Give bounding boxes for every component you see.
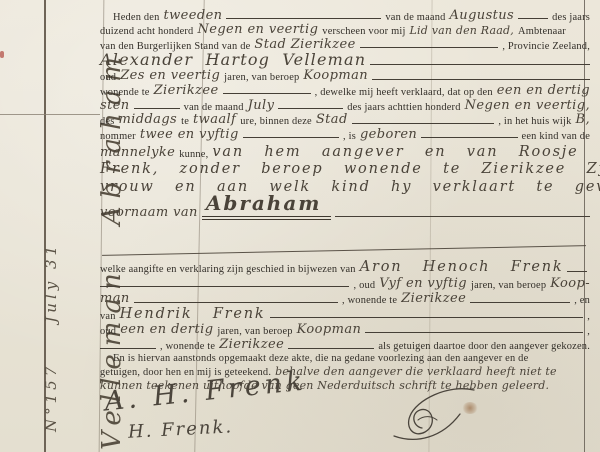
- printed-text: oud: [100, 326, 116, 337]
- official-signature-flourish: [388, 386, 480, 449]
- fill-line: [100, 348, 156, 349]
- printed-text: verscheen voor mij: [322, 26, 405, 37]
- fill-line: [243, 137, 339, 138]
- fill-line: [360, 47, 499, 48]
- handwritten-entry: Zierikzee: [401, 291, 466, 306]
- fill-line: [370, 64, 590, 65]
- form-line: getuigen, door hen en mij is geteekend. …: [100, 364, 590, 378]
- handwritten-entry: Negen en veertig,: [465, 98, 590, 113]
- declaration-paragraph: Heden den tweeden van de maand Augustus …: [100, 8, 590, 220]
- fill-line: [226, 18, 381, 19]
- form-line: wonende te Zierikzee , dewelke mij heeft…: [100, 83, 590, 98]
- act-date: July 31: [42, 242, 60, 323]
- fill-line: [134, 108, 180, 109]
- handwritten-entry: Frenk, zonder beroep wonende te Zierikze…: [100, 161, 600, 177]
- fill-line: [518, 18, 548, 19]
- margin-act-number-vertical: N°157 July 31: [42, 242, 60, 432]
- form-line: Alexander Hartog Velleman: [100, 52, 590, 69]
- printed-text: , wonende te: [342, 295, 397, 306]
- printed-text: van de maand: [385, 12, 445, 23]
- witness2-signature: H. Frenk.: [128, 416, 234, 442]
- printed-text: nommer: [100, 131, 136, 142]
- form-line: oud een en dertig jaren, van beroep Koop…: [100, 322, 590, 337]
- printed-text: jaren, van beroep: [217, 326, 292, 337]
- fill-line: [134, 302, 338, 303]
- printed-text: ,: [587, 311, 590, 322]
- blank-line-strike: [102, 245, 586, 256]
- handwritten-entry: van hem aangever en van Roosje: [212, 144, 578, 160]
- printed-text: welke aangifte en verklaring zijn geschi…: [100, 264, 356, 275]
- handwritten-entry: Koopman: [303, 68, 368, 83]
- handwritten-entry: een en dertig: [120, 322, 213, 337]
- printed-text: En is hiervan aanstonds opgemaakt deze a…: [113, 353, 528, 364]
- handwritten-entry: Stad: [316, 112, 348, 127]
- form-line: sten van de maand July des jaars achttie…: [100, 98, 590, 113]
- handwritten-entry: sten: [100, 98, 130, 113]
- handwritten-entry: Vyf en vyftig: [379, 276, 467, 291]
- printed-text: , dewelke mij heeft verklaard, dat op de…: [315, 87, 493, 98]
- form-line: En is hiervan aanstonds opgemaakt deze a…: [100, 350, 590, 364]
- printed-text: des jaars achttien honderd: [347, 102, 460, 113]
- printed-text: , is: [343, 131, 356, 142]
- form-line: duizend acht honderd Negen en veertig ve…: [100, 23, 590, 38]
- form-line: , oud Vyf en vyftig jaren, van beroep Ko…: [100, 275, 590, 290]
- printed-text: Ambtenaar: [518, 26, 566, 37]
- fill-line: [278, 108, 343, 109]
- act-number: N°157: [42, 363, 60, 432]
- handwritten-entry: geboren: [360, 127, 417, 142]
- handwritten-entry: tweeden: [164, 8, 223, 23]
- handwritten-entry: vrouw en aan welk kind hy verklaart te g…: [100, 179, 600, 195]
- printed-text: oud: [100, 72, 116, 83]
- fill-line: [335, 216, 590, 217]
- handwritten-entry: mannelyke: [100, 145, 175, 160]
- fill-line: [270, 317, 584, 318]
- printed-text: ,: [587, 326, 590, 337]
- fill-line: [100, 286, 349, 287]
- handwritten-entry: Zierikzee: [154, 83, 219, 98]
- form-line: van Hendrik Frenk ,: [100, 306, 590, 321]
- signature-paraph-icon: [388, 386, 480, 444]
- handwritten-entry: Negen en veertig: [197, 22, 318, 37]
- printed-text: , en: [574, 295, 590, 306]
- handwritten-entry: voornaam van: [100, 205, 198, 220]
- handwritten-entry: twee en vyftig: [140, 127, 239, 142]
- fill-line: [372, 79, 590, 80]
- printed-text: wonende te: [100, 87, 150, 98]
- handwritten-entry: Augustus: [450, 8, 515, 23]
- form-line: vrouw en aan welk kind hy verklaart te g…: [100, 177, 590, 195]
- form-line: man , wonende te Zierikzee , en: [100, 291, 590, 306]
- fill-line: [567, 271, 587, 272]
- handwritten-entry: twaalf: [193, 112, 236, 127]
- printed-text: , oud: [353, 280, 375, 291]
- form-line: Frenk, zonder beroep wonende te Zierikze…: [100, 160, 590, 178]
- printed-text: van de maand: [184, 102, 244, 113]
- form-line: Heden den tweeden van de maand Augustus …: [100, 8, 590, 23]
- form-line: oud Zes en veertig jaren, van beroep Koo…: [100, 69, 590, 84]
- form-line: welke aangifte en verklaring zijn geschi…: [100, 260, 590, 275]
- printed-text: , Provincie Zeeland,: [502, 41, 590, 52]
- fill-line: [421, 137, 517, 138]
- printed-text: , in het huis wijk: [498, 116, 571, 127]
- printed-text: ure, binnen deze: [240, 116, 312, 127]
- house-letter-entry: B,: [576, 112, 591, 127]
- fill-line: [223, 93, 311, 94]
- form-line: voornaam van Abraham: [100, 195, 590, 220]
- printed-text: des jaars: [552, 12, 590, 23]
- red-ink-mark: [0, 51, 4, 58]
- handwritten-entry: een en dertig: [497, 83, 590, 98]
- printed-text: Heden den: [113, 12, 160, 23]
- printed-text: duizend acht honderd: [100, 26, 193, 37]
- fill-line: [470, 302, 570, 303]
- form-line: mannelyke kunne, van hem aangever en van…: [100, 142, 590, 160]
- printed-text: des: [100, 116, 114, 127]
- handwritten-entry: Lid van den Raad,: [410, 24, 514, 37]
- handwritten-addendum: behalve den aangever die verklaard heeft…: [275, 365, 557, 378]
- scanned-birth-record: Velleman Abraham N°157 July 31 Heden den…: [0, 0, 600, 452]
- fill-line: [288, 348, 374, 349]
- printed-text: te: [181, 116, 189, 127]
- handwritten-entry: Koop-: [550, 276, 590, 291]
- printed-text: kunne,: [179, 149, 208, 160]
- declarant-name-entry: Alexander Hartog Velleman: [100, 50, 366, 69]
- form-line: nommer twee en vyftig , is geboren een k…: [100, 127, 590, 142]
- form-line: des middags te twaalf ure, binnen deze S…: [100, 113, 590, 128]
- child-firstname-entry: Abraham: [202, 191, 332, 220]
- printed-text: een kind van de: [522, 131, 591, 142]
- handwritten-entry: Zes en veertig: [120, 68, 220, 83]
- margin-horizontal-line: [0, 114, 100, 115]
- handwritten-entry: July: [248, 98, 275, 113]
- fill-line: [365, 332, 583, 333]
- witness2-name-entry: Hendrik Frenk: [120, 306, 266, 322]
- handwritten-entry: man: [100, 291, 130, 306]
- witnesses-paragraph: welke aangifte en verklaring zijn geschi…: [100, 260, 590, 352]
- printed-text: jaren, van beroep: [224, 72, 299, 83]
- fill-line: [352, 123, 495, 124]
- witness1-name-entry: Aron Henoch Frenk: [360, 259, 564, 275]
- handwritten-entry: Koopman: [297, 322, 362, 337]
- printed-text: van: [100, 311, 116, 322]
- printed-text: jaren, van beroep: [471, 280, 546, 291]
- handwritten-entry: middags: [118, 112, 177, 127]
